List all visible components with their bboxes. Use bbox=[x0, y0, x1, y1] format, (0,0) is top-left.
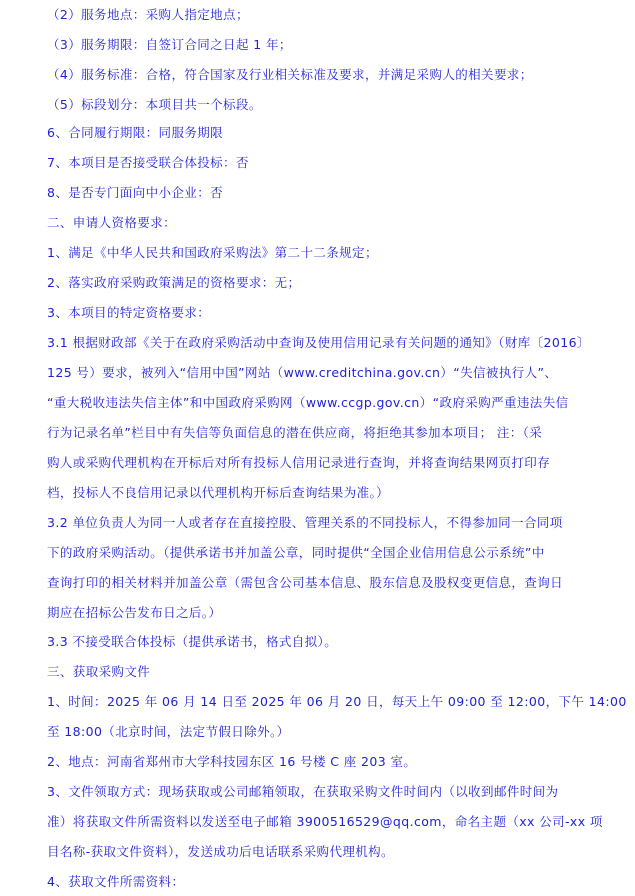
service-standard-line: （4）服务标准：合格，符合国家及行业相关标准及要求，并满足采购人的相关要求； bbox=[47, 67, 533, 83]
service-period-line: （3）服务期限：自签订合同之日起 1 年； bbox=[47, 37, 292, 53]
contract-term-line: 6、合同履行期限：同服务期限 bbox=[47, 125, 223, 141]
section-heading-obtain-documents: 三、获取采购文件 bbox=[47, 664, 150, 680]
clause-3-2-line-1: 3.2 单位负责人为同一人或者存在直接控股、管理关系的不同投标人，不得参加同一合… bbox=[47, 515, 563, 531]
section-heading-qualifications: 二、申请人资格要求： bbox=[47, 215, 176, 231]
required-materials-line: 4、获取文件所需资料： bbox=[47, 874, 184, 890]
service-location-line: （2）服务地点：采购人指定地点； bbox=[47, 7, 249, 23]
clause-3-1-line-6: 档，投标人不良信用记录以代理机构开标后查询结果为准。） bbox=[47, 485, 389, 501]
qualification-3-line: 3、本项目的特定资格要求： bbox=[47, 305, 210, 321]
clause-3-2-line-3: 查询打印的相关材料并加盖公章（需包含公司基本信息、股东信息及股权变更信息，查询日 bbox=[47, 575, 563, 591]
obtain-location-line: 2、地点：河南省郑州市大学科技园东区 16 号楼 C 座 203 室。 bbox=[47, 754, 416, 770]
obtain-method-line-2: 准）将获取文件所需资料以发送至电子邮箱 3900516529@qq.com，命名… bbox=[47, 814, 603, 830]
consortium-bid-line: 7、本项目是否接受联合体投标：否 bbox=[47, 155, 249, 171]
obtain-method-line-1: 3、文件领取方式：现场获取或公司邮箱领取，在获取采购文件时间内（以收到邮件时间为 bbox=[47, 784, 558, 800]
clause-3-1-line-1: 3.1 根据财政部《关于在政府采购活动中查询及使用信用记录有关问题的通知》（财库… bbox=[47, 335, 590, 351]
clause-3-2-line-4: 期应在招标公告发布日之后。） bbox=[47, 605, 221, 621]
obtain-method-line-3: 目名称-获取文件资料），发送成功后电话联系采购代理机构。 bbox=[47, 844, 394, 860]
qualification-2-line: 2、落实政府采购政策满足的资格要求：无； bbox=[47, 275, 300, 291]
clause-3-2-line-2: 下的政府采购活动。（提供承诺书并加盖公章，同时提供“全国企业信用信息公示系统”中 bbox=[47, 545, 545, 561]
obtain-time-line-1: 1、时间：2025 年 06 月 14 日至 2025 年 06 月 20 日，… bbox=[47, 694, 627, 710]
obtain-time-line-2: 至 18:00（北京时间，法定节假日除外。） bbox=[47, 724, 290, 740]
clause-3-3-line: 3.3 不接受联合体投标（提供承诺书，格式自拟）。 bbox=[47, 634, 337, 650]
clause-3-1-line-4: 行为记录名单”栏目中有失信等负面信息的潜在供应商，将拒绝其参加本项目； 注：（采 bbox=[47, 425, 542, 441]
sme-line: 8、是否专门面向中小企业：否 bbox=[47, 185, 223, 201]
clause-3-1-line-2: 125 号）要求，被列入“信用中国”网站（www.creditchina.gov… bbox=[47, 365, 557, 381]
clause-3-1-line-3: “重大税收违法失信主体”和中国政府采购网（www.ccgp.gov.cn）“政府… bbox=[47, 395, 569, 411]
lot-division-line: （5）标段划分：本项目共一个标段。 bbox=[47, 97, 262, 113]
qualification-1-line: 1、满足《中华人民共和国政府采购法》第二十二条规定； bbox=[47, 245, 378, 261]
clause-3-1-line-5: 购人或采购代理机构在开标后对所有投标人信用记录进行查询，并将查询结果网页打印存 bbox=[47, 455, 550, 471]
